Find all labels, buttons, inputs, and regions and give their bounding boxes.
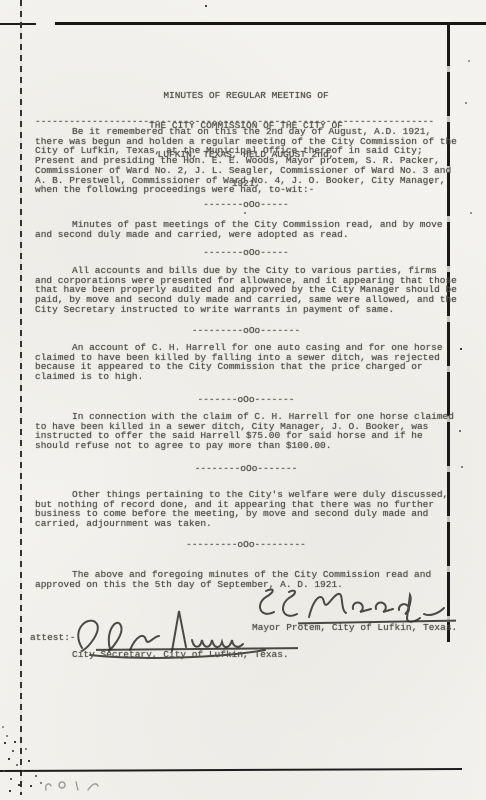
scanned-minutes-page: MINUTES OF REGULAR MEETING OF THE CITY C… [0, 0, 486, 800]
bottom-border-line [0, 768, 462, 772]
top-border-line [0, 23, 36, 25]
section-separator: ---------oOo------- [35, 326, 457, 336]
paragraph-harrell-horse-offer: In connection with the claim of C. H. Ha… [35, 412, 457, 451]
title-line: MINUTES OF REGULAR MEETING OF [35, 91, 457, 101]
top-border-line [55, 22, 486, 25]
scan-noise-speckles [0, 0, 2, 2]
section-separator: -------oOo----- [35, 200, 457, 210]
left-margin-line [20, 0, 22, 795]
section-separator: --------oOo------- [35, 464, 457, 474]
secretary-title-line: City Secretary, City of Lufkin, Texas. [72, 650, 289, 660]
paragraph-harrell-account-rejected: An account of C. H. Harrell for one auto… [35, 343, 457, 382]
paragraph-opening: Be it remembered that on this the 2nd da… [35, 127, 457, 195]
paragraph-adjournment: Other things pertaining to the City's we… [35, 490, 457, 529]
paragraph-minutes-adopted: Minutes of past meetings of the City Com… [35, 220, 457, 239]
paragraph-accounts-bills: All accounts and bills due by the City t… [35, 266, 457, 315]
section-separator: -------oOo----- [35, 248, 457, 258]
section-separator: -------oOo------- [35, 395, 457, 405]
section-separator: ---------oOo--------- [35, 540, 457, 550]
pencil-mark [42, 776, 122, 796]
